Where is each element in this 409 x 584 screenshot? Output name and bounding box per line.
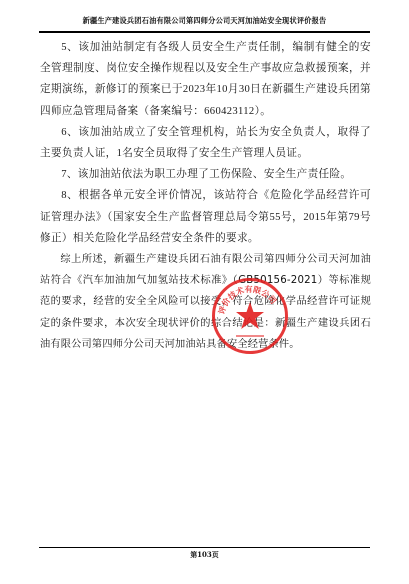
document-body: 5、该加油站制定有各级人员安全生产责任制，编制有健全的安全管理制度、岗位安全操作…: [40, 37, 371, 355]
paragraph-item-7: 7、该加油站依法为职工办理了工伤保险、安全生产责任险。: [40, 164, 371, 185]
document-page: 新疆生产建设兵团石油有限公司第四师分公司天河加油站安全现状评价报告 5、该加油站…: [0, 0, 409, 584]
footer-divider: [39, 547, 370, 548]
paragraph-item-8: 8、根据各单元安全评价情况，该站符合《危险化学品经营许可证管理办法》（国家安全生…: [40, 185, 371, 249]
paragraph-item-6: 6、该加油站成立了安全管理机构，站长为安全负责人，取得了主要负责人证，1名安全员…: [40, 122, 371, 164]
paragraph-item-5: 5、该加油站制定有各级人员安全生产责任制，编制有健全的安全管理制度、岗位安全操作…: [40, 37, 371, 122]
conclusion-paragraph: 综上所述，新疆生产建设兵团石油有限公司第四师分公司天河加油站符合《汽车加油加气加…: [40, 249, 371, 355]
page-number: 第103页: [0, 550, 409, 560]
report-header-title: 新疆生产建设兵团石油有限公司第四师分公司天河加油站安全现状评价报告: [0, 16, 409, 26]
header-divider: [39, 31, 370, 33]
